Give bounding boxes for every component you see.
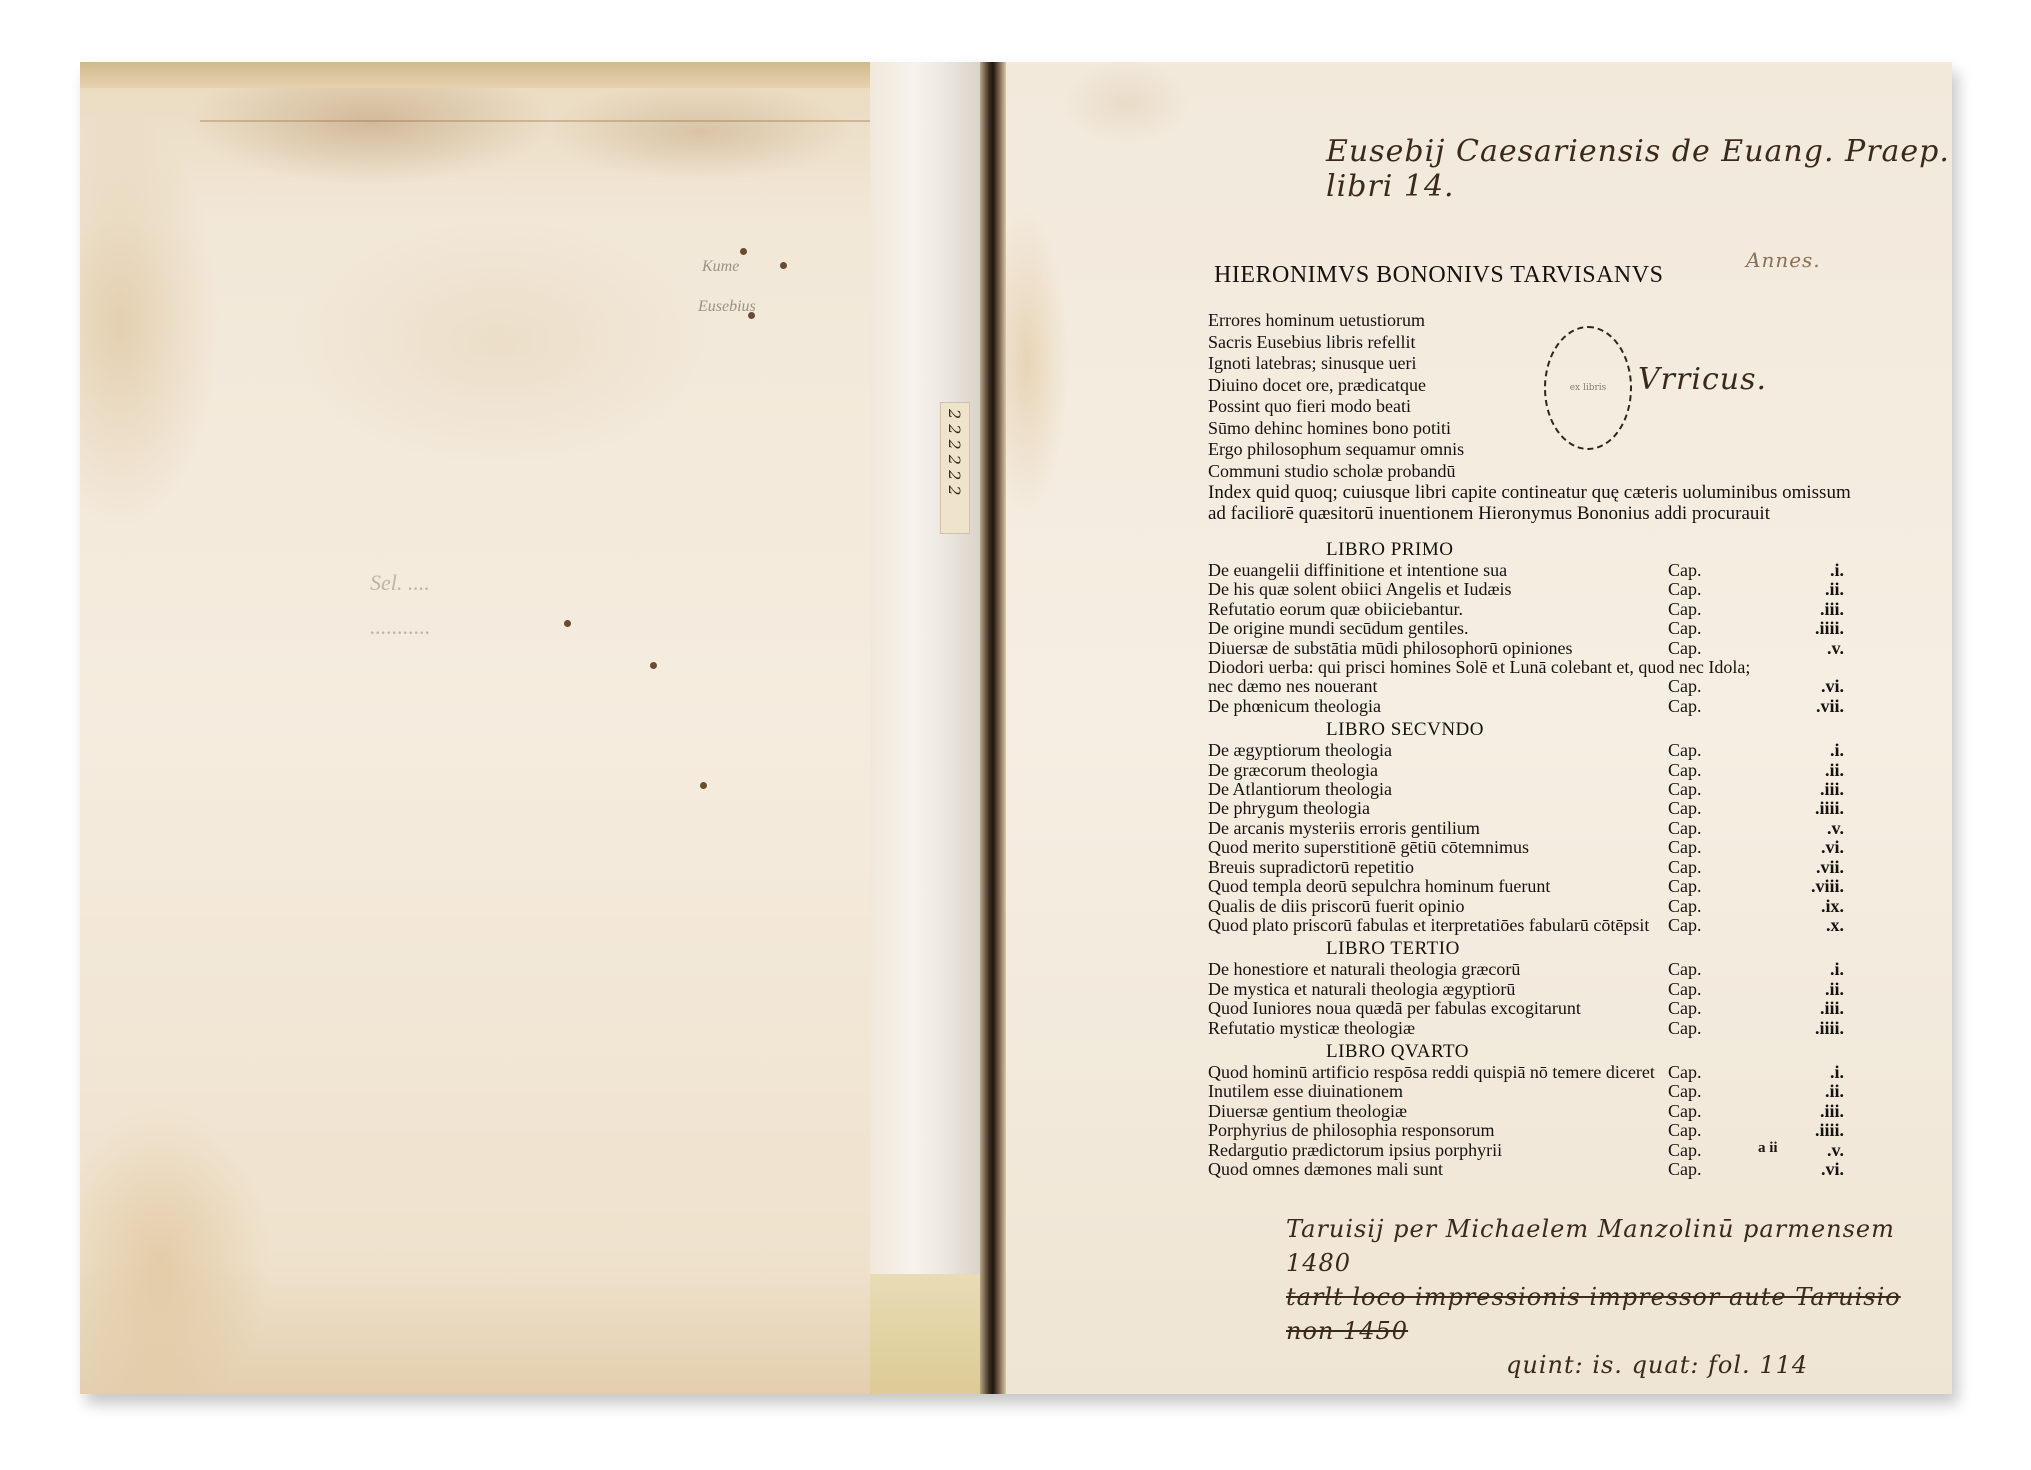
cap-label: Cap.: [1658, 580, 1768, 599]
chapter-number: .x.: [1768, 916, 1848, 935]
chapter-title: Qualis de diis priscorū fuerit opinio: [1208, 897, 1658, 916]
toc-row: Redargutio prædictorum ipsius porphyriiC…: [1208, 1141, 1848, 1160]
chapter-title: De his quæ solent obiici Angelis et Iudæ…: [1208, 580, 1658, 599]
cap-label: Cap.: [1658, 639, 1768, 658]
chapter-number: .iiii.: [1768, 799, 1848, 818]
cap-label: Cap.: [1658, 897, 1768, 916]
manuscript-owner-name: Vrricus.: [1638, 362, 1767, 397]
colophon-line-1: Taruisij per Michaelem Manzolinū parmens…: [1286, 1212, 1952, 1280]
cap-label: Cap.: [1658, 960, 1768, 979]
toc-row: Qualis de diis priscorū fuerit opinioCap…: [1208, 897, 1848, 916]
chapter-number: .viii.: [1768, 877, 1848, 896]
cap-label: Cap.: [1658, 1141, 1768, 1160]
chapter-number: .v.: [1768, 639, 1848, 658]
toc-row: De his quæ solent obiici Angelis et Iudæ…: [1208, 580, 1848, 599]
chapter-title: Breuis supradictorū repetitio: [1208, 858, 1658, 877]
chapter-title: Quod templa deorū sepulchra hominum fuer…: [1208, 877, 1658, 896]
cap-label: Cap.: [1658, 1063, 1768, 1082]
poem-line: Sūmo dehinc homines bono potiti: [1208, 418, 1464, 440]
chapter-title: Redargutio prædictorum ipsius porphyrii: [1208, 1141, 1658, 1160]
manuscript-title-inscription: Eusebij Caesariensis de Euang. Praep. li…: [1326, 134, 1952, 204]
chapter-number: .ii.: [1768, 761, 1848, 780]
chapter-number: .iii.: [1768, 600, 1848, 619]
poem-line: Communi studio scholæ probandū: [1208, 461, 1464, 483]
chapter-title: De Atlantiorum theologia: [1208, 780, 1658, 799]
wormhole: [650, 662, 657, 669]
poem-line: Sacris Eusebius libris refellit: [1208, 332, 1464, 354]
colophon-line-3: quint: is. quat: fol. 114: [1286, 1348, 1952, 1382]
toc-row: De phrygum theologiaCap..iiii.: [1208, 799, 1848, 818]
cap-label: Cap.: [1658, 838, 1768, 857]
chapter-number: .vi.: [1768, 1160, 1848, 1179]
chapter-title: De phœnicum theologia: [1208, 697, 1658, 716]
toc-row: De mystica et naturali theologia ægyptio…: [1208, 980, 1848, 999]
colophon-line-2-struck: tarlt loco impressionis impressor aute T…: [1286, 1280, 1952, 1348]
chapter-number: .i.: [1768, 1063, 1848, 1082]
toc-row: Quod plato priscorū fabulas et iterpreta…: [1208, 916, 1848, 935]
chapter-number: .vii.: [1768, 697, 1848, 716]
chapter-number: .vii.: [1768, 858, 1848, 877]
chapter-number: .v.: [1768, 819, 1848, 838]
manuscript-annes-note: Annes.: [1746, 248, 1821, 272]
toc-row: Porphyrius de philosophia responsorumCap…: [1208, 1121, 1848, 1140]
cap-label: Cap.: [1658, 619, 1768, 638]
chapter-number: .iiii.: [1768, 1121, 1848, 1140]
signature-mark: a ii: [1758, 1140, 1778, 1157]
library-stamp-icon: ex libris: [1544, 326, 1632, 450]
cap-label: Cap.: [1658, 877, 1768, 896]
chapter-title: De euangelii diffinitione et intentione …: [1208, 561, 1658, 580]
chapter-number: .iii.: [1768, 1102, 1848, 1121]
cap-label: Cap.: [1658, 741, 1768, 760]
book-heading-2: LIBRO SECVNDO: [1208, 718, 1848, 741]
cap-label: Cap.: [1658, 697, 1768, 716]
cap-label: Cap.: [1658, 561, 1768, 580]
book-heading-4: LIBRO QVARTO: [1208, 1040, 1848, 1063]
chapter-title: Quod omnes dæmones mali sunt: [1208, 1160, 1658, 1179]
tab-marks: 2 2 2 2 2 2: [941, 403, 968, 502]
wormhole: [740, 248, 747, 255]
toc-row: Breuis supradictorū repetitioCap..vii.: [1208, 858, 1848, 877]
chapter-number: .i.: [1768, 561, 1848, 580]
intro-line: ad faciliorē quæsitorū inuentionem Hiero…: [1208, 503, 1898, 524]
toc-row: Quod templa deorū sepulchra hominum fuer…: [1208, 877, 1848, 896]
chapter-number: .i.: [1768, 960, 1848, 979]
cap-label: Cap.: [1658, 1121, 1768, 1140]
pencil-note-middle-2: ...........: [370, 614, 431, 640]
book-gutter: [980, 62, 1006, 1394]
chapter-number: .v.: [1768, 1141, 1848, 1160]
cap-label: Cap.: [1658, 1160, 1768, 1179]
intro-line: Index quid quoq; cuiusque libri capite c…: [1208, 482, 1898, 503]
chapter-title: Quod plato priscorū fabulas et iterpreta…: [1208, 916, 1658, 935]
cap-label: Cap.: [1658, 858, 1768, 877]
wormhole: [700, 782, 707, 789]
toc-row: De origine mundi secūdum gentiles.Cap..i…: [1208, 619, 1848, 638]
chapter-title: De ægyptiorum theologia: [1208, 741, 1658, 760]
cap-label: Cap.: [1658, 1082, 1768, 1101]
pencil-note-kume: Kume: [702, 258, 739, 276]
cap-label: Cap.: [1658, 677, 1702, 696]
chapter-title: De honestiore et naturali theologia græc…: [1208, 960, 1658, 979]
toc-row: De ægyptiorum theologiaCap..i.: [1208, 741, 1848, 760]
poem-line: Ergo philosophum sequamur omnis: [1208, 439, 1464, 461]
pencil-note-middle-1: Sel. ....: [370, 570, 430, 596]
cap-label: Cap.: [1658, 980, 1768, 999]
chapter-title: Refutatio eorum quæ obiiciebantur.: [1208, 600, 1658, 619]
stamp-text: ex libris: [1570, 383, 1607, 393]
page-edge-damage: [80, 62, 996, 88]
toc-row: Diuersæ de substātia mūdi philosophorū o…: [1208, 639, 1848, 658]
cap-label: Cap.: [1658, 799, 1768, 818]
chapter-number: .iii.: [1768, 780, 1848, 799]
dedicatory-poem: Errores hominum uetustiorum Sacris Euseb…: [1208, 310, 1464, 482]
chapter-number: .iiii.: [1768, 1019, 1848, 1038]
repair-tape: [870, 1274, 980, 1394]
chapter-number: .iiii.: [1768, 619, 1848, 638]
manuscript-colophon-note: Taruisij per Michaelem Manzolinū parmens…: [1286, 1212, 1952, 1382]
chapter-title: Refutatio mysticæ theologiæ: [1208, 1019, 1658, 1038]
index-introduction: Index quid quoq; cuiusque libri capite c…: [1208, 482, 1898, 524]
toc-row: De phœnicum theologiaCap..vii.: [1208, 697, 1848, 716]
chapter-number: .vi.: [1768, 838, 1848, 857]
chapter-title: Quod Iuniores noua quædā per fabulas exc…: [1208, 999, 1658, 1018]
chapter-number: .i.: [1768, 741, 1848, 760]
toc-row: De arcanis mysteriis erroris gentiliumCa…: [1208, 819, 1848, 838]
toc-row: Diuersæ gentium theologiæCap..iii.: [1208, 1102, 1848, 1121]
toc-row: De euangelii diffinitione et intentione …: [1208, 561, 1848, 580]
wormhole: [564, 620, 571, 627]
chapter-title: De mystica et naturali theologia ægyptio…: [1208, 980, 1658, 999]
cap-label: Cap.: [1658, 780, 1768, 799]
cap-label: Cap.: [1658, 1019, 1768, 1038]
chapter-title: Porphyrius de philosophia responsorum: [1208, 1121, 1658, 1140]
cap-label: Cap.: [1658, 916, 1768, 935]
cap-label: Cap.: [1658, 1102, 1768, 1121]
chapter-number: .ii.: [1768, 1082, 1848, 1101]
book-heading-1: LIBRO PRIMO: [1208, 538, 1848, 561]
toc-row: Quod Iuniores noua quædā per fabulas exc…: [1208, 999, 1848, 1018]
toc-row: Quod hominū artificio respōsa reddi quis…: [1208, 1063, 1848, 1082]
poem-line: Possint quo fieri modo beati: [1208, 396, 1464, 418]
chapter-title: Diuersæ gentium theologiæ: [1208, 1102, 1658, 1121]
toc-row: Refutatio eorum quæ obiiciebantur.Cap..i…: [1208, 600, 1848, 619]
toc-row: De græcorum theologiaCap..ii.: [1208, 761, 1848, 780]
chapter-number: .iii.: [1768, 999, 1848, 1018]
chapter-number: .ii.: [1768, 580, 1848, 599]
chapter-number: .vi.: [1702, 677, 1849, 696]
chapter-number: .ix.: [1768, 897, 1848, 916]
book-heading-3: LIBRO TERTIO: [1208, 937, 1848, 960]
chapter-title: De arcanis mysteriis erroris gentilium: [1208, 819, 1658, 838]
chapter-title: De phrygum theologia: [1208, 799, 1658, 818]
guard-strip: 2 2 2 2 2 2: [870, 62, 980, 1394]
chapter-title: Quod merito superstitionē gētiū cōtemnim…: [1208, 838, 1658, 857]
table-of-contents: LIBRO PRIMO De euangelii diffinitione et…: [1208, 538, 1848, 1179]
poem-line: Errores hominum uetustiorum: [1208, 310, 1464, 332]
toc-row: Quod omnes dæmones mali suntCap..vi.: [1208, 1160, 1848, 1179]
toc-row: Refutatio mysticæ theologiæCap..iiii.: [1208, 1019, 1848, 1038]
book-spread: Kume Eusebius Sel. .... ........... 2 2 …: [80, 62, 1952, 1394]
chapter-title: Inutilem esse diuinationem: [1208, 1082, 1658, 1101]
toc-row: De honestiore et naturali theologia græc…: [1208, 960, 1848, 979]
chapter-title: Quod hominū artificio respōsa reddi quis…: [1208, 1063, 1658, 1082]
wormhole: [780, 262, 787, 269]
cap-label: Cap.: [1658, 999, 1768, 1018]
chapter-title: De origine mundi secūdum gentiles.: [1208, 619, 1658, 638]
toc-row: Diodori uerba: qui prisci homines Solē e…: [1208, 658, 1848, 697]
poem-line: Ignoti latebras; sinusque ueri: [1208, 353, 1464, 375]
left-flyleaf-page: Kume Eusebius Sel. .... ........... 2 2 …: [80, 62, 996, 1394]
toc-row: Quod merito superstitionē gētiū cōtemnim…: [1208, 838, 1848, 857]
toc-row: De Atlantiorum theologiaCap..iii.: [1208, 780, 1848, 799]
chapter-title: Diuersæ de substātia mūdi philosophorū o…: [1208, 639, 1658, 658]
tear-line: [200, 120, 906, 122]
chapter-number: .ii.: [1768, 980, 1848, 999]
chapter-title: De græcorum theologia: [1208, 761, 1658, 780]
right-index-page: Eusebij Caesariensis de Euang. Praep. li…: [1006, 62, 1952, 1394]
cap-label: Cap.: [1658, 761, 1768, 780]
poem-line: Diuino docet ore, prædicatque: [1208, 375, 1464, 397]
pencil-note-eusebius: Eusebius: [698, 298, 756, 316]
running-head: HIERONIMVS BONONIVS TARVISANVS: [1214, 262, 1663, 289]
wormhole: [748, 312, 755, 319]
fold-tab: 2 2 2 2 2 2: [940, 402, 970, 534]
cap-label: Cap.: [1658, 819, 1768, 838]
cap-label: Cap.: [1658, 600, 1768, 619]
toc-row: Inutilem esse diuinationemCap..ii.: [1208, 1082, 1848, 1101]
